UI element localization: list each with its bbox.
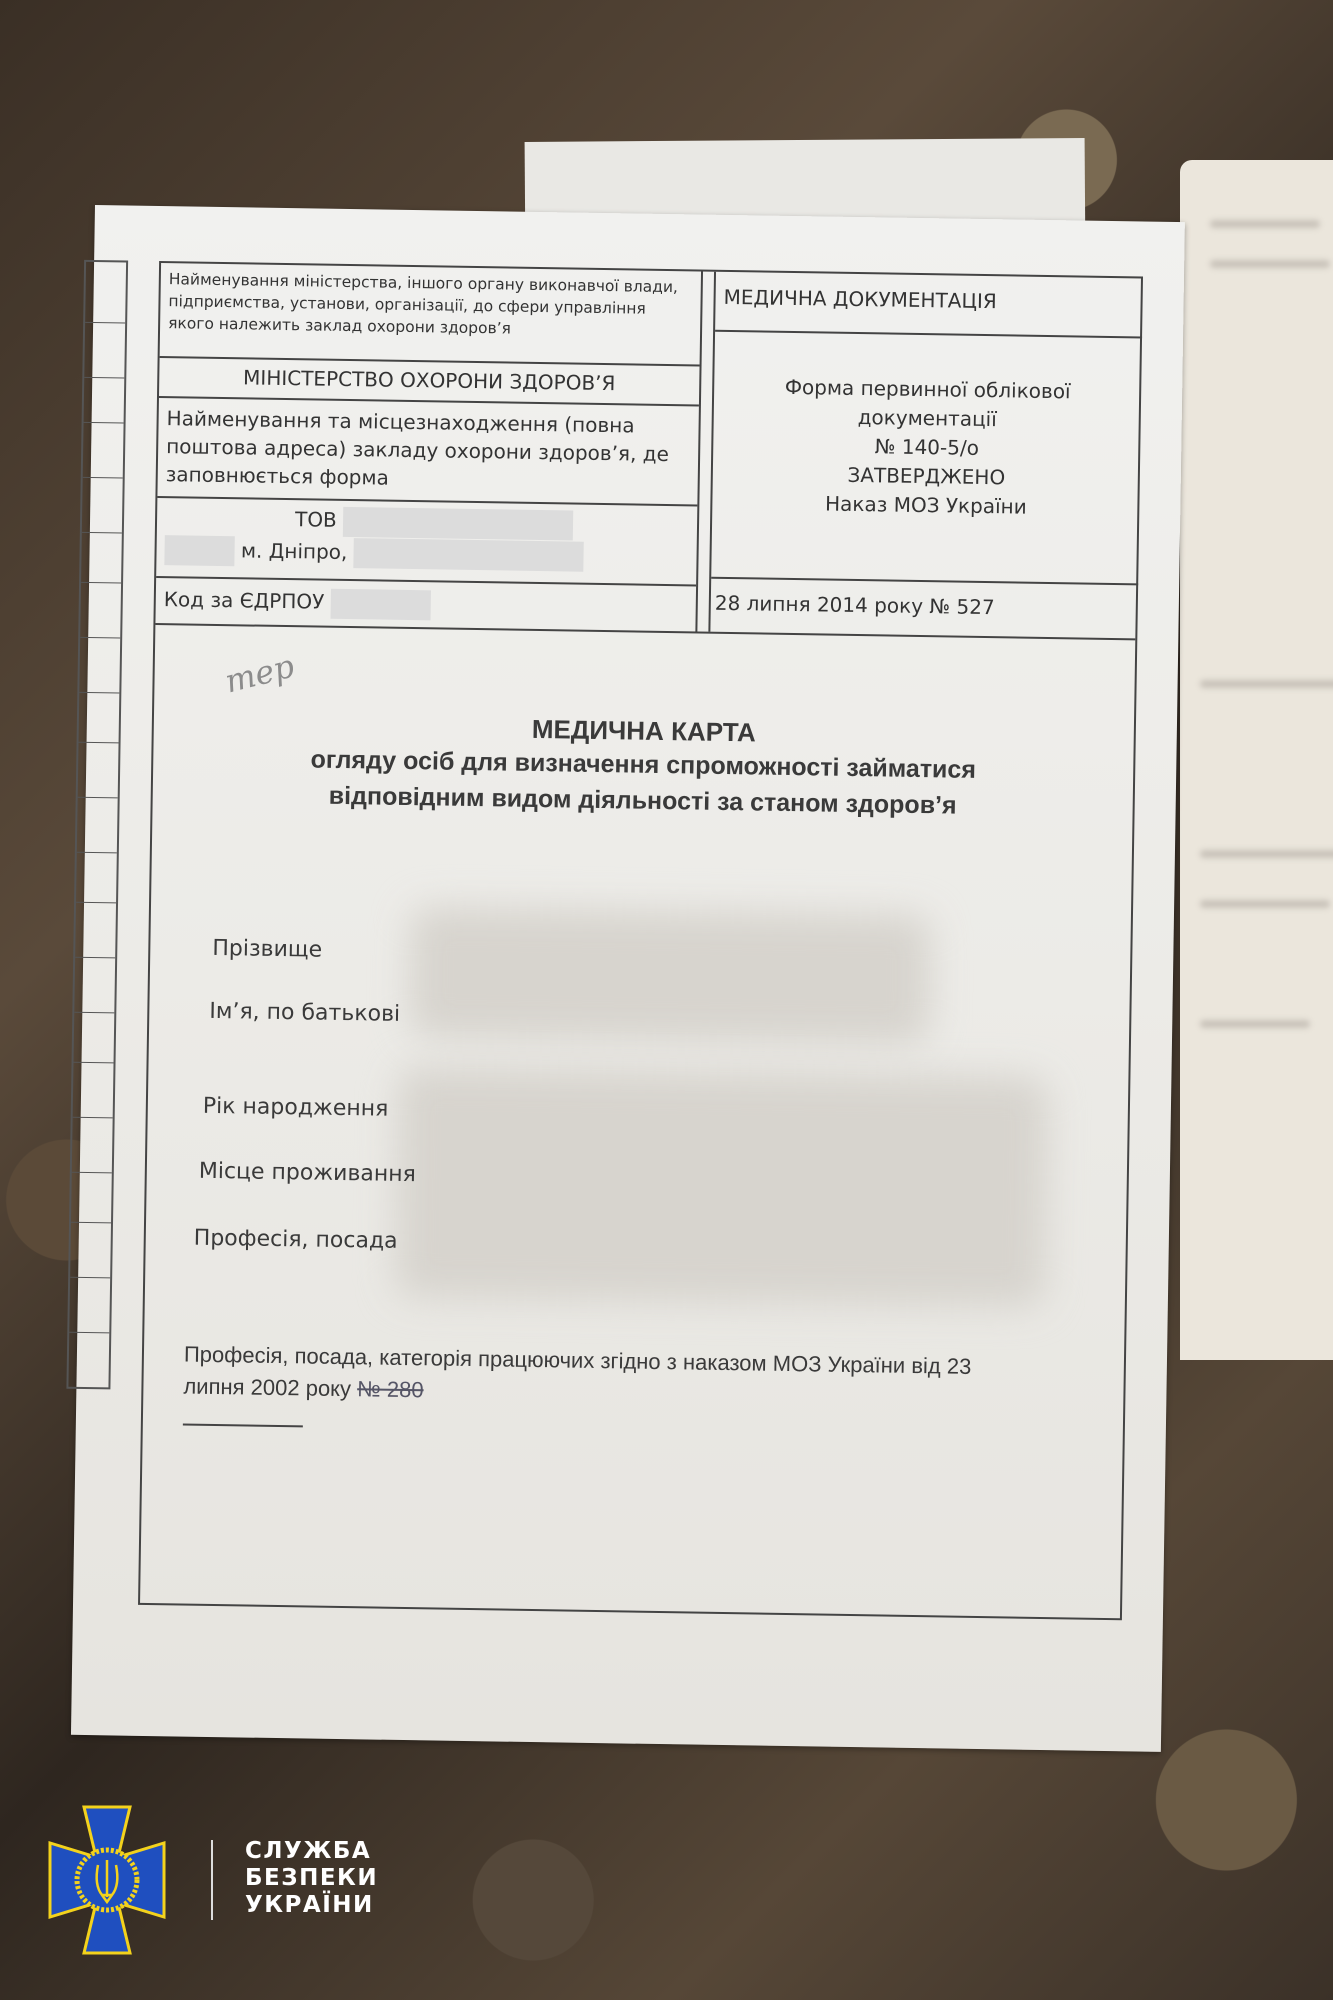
- signature-line: [183, 1424, 303, 1428]
- form-approval-block: Форма первинної облікової документації №…: [711, 332, 1142, 584]
- institution-value: ТОВ м. Дніпро,: [156, 498, 697, 586]
- struck-order-number: № 280: [357, 1376, 424, 1402]
- ssu-watermark: СЛУЖБА БЕЗПЕКИ УКРАЇНИ: [48, 1805, 378, 1955]
- category-note-line-2: липня 2002 року: [183, 1374, 357, 1402]
- header-right: МЕДИЧНА ДОКУМЕНТАЦІЯ Форма первинної обл…: [708, 272, 1143, 639]
- redacted-blur: [395, 1067, 1049, 1307]
- institution-label: Найменування та місцезнаходження (повна …: [157, 398, 699, 506]
- binder-tabs: [66, 260, 128, 1390]
- redacted-block: [343, 506, 573, 540]
- section-title: МЕДИЧНА ДОКУМЕНТАЦІЯ: [715, 272, 1143, 339]
- category-note: Професія, посада, категорія працюючих зг…: [183, 1339, 1104, 1417]
- background-paper-right: [1180, 160, 1333, 1360]
- institution-type: ТОВ: [295, 507, 337, 532]
- edrpou-label: Код за ЄДРПОУ: [164, 587, 325, 614]
- ssu-cross-emblem-icon: [48, 1805, 166, 1955]
- order-date: 28 липня 2014 року № 527: [710, 577, 1138, 639]
- ssu-name-line-3: УКРАЇНИ: [245, 1892, 378, 1919]
- redacted-block: [164, 535, 234, 566]
- field-residence: Місце проживання: [199, 1159, 416, 1187]
- document-title: МЕДИЧНА КАРТА огляду осіб для визначення…: [152, 708, 1133, 826]
- field-surname: Прізвище: [212, 936, 322, 963]
- edrpou-row: Код за ЄДРПОУ: [155, 578, 696, 631]
- ssu-name-line-2: БЕЗПЕКИ: [245, 1865, 378, 1892]
- form-frame: Найменування міністерства, іншого органу…: [138, 261, 1143, 1620]
- header-left: Найменування міністерства, іншого органу…: [155, 263, 703, 631]
- field-birth-year: Рік народження: [203, 1094, 389, 1122]
- medical-card-form: Найменування міністерства, іншого органу…: [71, 205, 1185, 1752]
- field-name-patronymic: Ім’я, по батькові: [209, 999, 400, 1027]
- logo-separator: [211, 1840, 213, 1920]
- ssu-name: СЛУЖБА БЕЗПЕКИ УКРАЇНИ: [245, 1838, 378, 1919]
- redacted-blur: [409, 907, 931, 1045]
- form-header: Найменування міністерства, іншого органу…: [155, 263, 1141, 640]
- redacted-block: [353, 538, 583, 572]
- handwritten-mark: тер: [221, 647, 298, 701]
- redacted-block: [330, 588, 430, 620]
- ministry-label: Найменування міністерства, іншого органу…: [160, 263, 701, 366]
- field-profession: Професія, посада: [194, 1226, 398, 1254]
- ssu-name-line-1: СЛУЖБА: [245, 1838, 378, 1865]
- institution-city: м. Дніпро,: [241, 538, 348, 564]
- order-label: Наказ МОЗ України: [712, 488, 1139, 524]
